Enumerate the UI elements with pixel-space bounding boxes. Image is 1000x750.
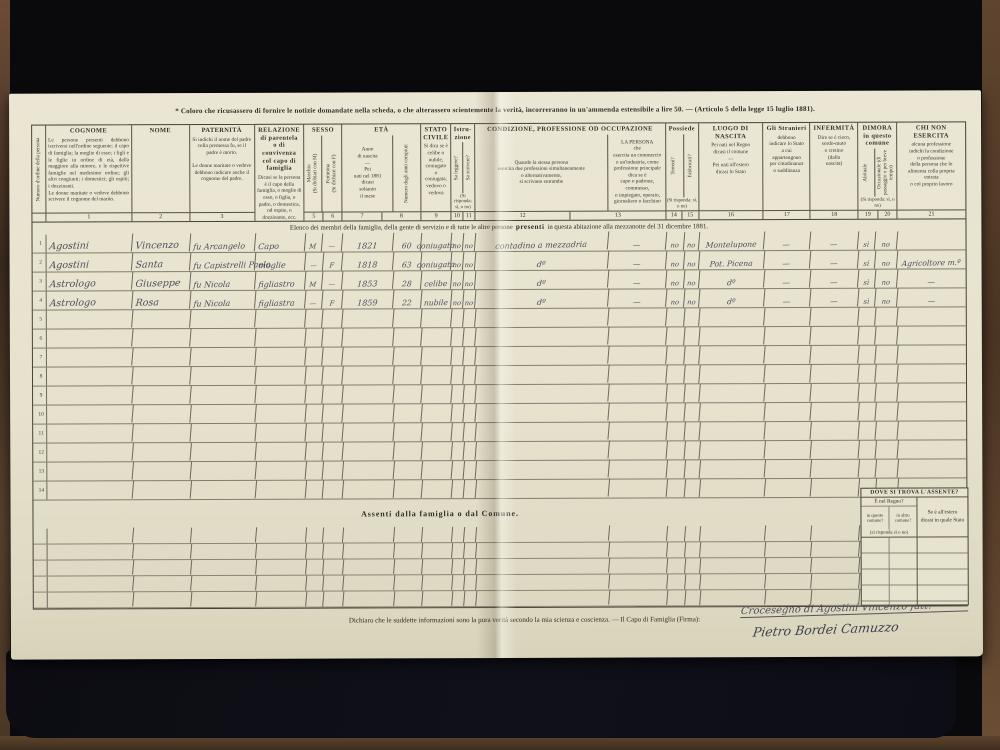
cell-cognome (46, 367, 133, 387)
cell-luogo-nascita (699, 459, 765, 478)
cell-anno-nascita: 1818 (342, 252, 394, 271)
cell-stato-civile (421, 366, 452, 385)
cell-luogo-nascita: Montelupone (698, 231, 764, 250)
dark-blotter-under-sheet (6, 650, 956, 738)
cell-luogo-nascita (699, 402, 765, 421)
cell-cognome: Agostini (46, 253, 133, 273)
cell-la-persona (609, 574, 668, 590)
cell-luogo-nascita (699, 326, 765, 345)
cell-dimora-abituale: sì (858, 270, 876, 288)
cell-stranieri (764, 364, 812, 383)
cell-paternita (190, 480, 256, 499)
cell-cognome (47, 544, 134, 561)
cell-anni-compiuti (394, 543, 423, 559)
cell-fabbricati (684, 308, 700, 326)
cell-terreni: no (666, 289, 685, 307)
cell-la-persona: — (608, 251, 667, 270)
cell-anno-nascita (343, 366, 395, 385)
cell-la-persona: — (608, 232, 667, 251)
cell-dimora-abituale (859, 460, 877, 478)
col-header-luogo-nascita: LUOGO DI NASCITA Pei nati nel Regno dica… (699, 123, 764, 219)
cell-dimora-occasionale (875, 307, 898, 325)
cell-femmina (322, 309, 343, 327)
estero-label: Se è all'estero dicasi in quale Stato (917, 497, 967, 536)
cell-anni-compiuti (394, 442, 423, 461)
col-header-possiede: Possiede Terreni? Fabbricati? (Si rispon… (666, 123, 699, 219)
cell-relazione (255, 404, 306, 423)
cell-relazione (255, 385, 306, 404)
cell-fabbricati (684, 460, 700, 478)
cell-femmina (323, 366, 344, 384)
eta-anno-label: Anno di nascita — Pei nati nel 1881 dica… (354, 147, 382, 200)
cell-infermita (811, 383, 860, 402)
assenti-caption: Assenti dalla famiglia o dal Comune. (361, 508, 519, 518)
cell-paternita (191, 559, 257, 575)
cell-condizione: contadino a mezzadria (475, 231, 609, 252)
cell-dimora-abituale (859, 384, 877, 402)
cell-anni-compiuti (394, 480, 423, 499)
cell-luogo-nascita (700, 557, 766, 573)
cell-nome (132, 405, 191, 424)
cell-la-persona (609, 590, 668, 606)
cell-chi-non-esercita (898, 421, 967, 440)
cell-numero: 13 (33, 463, 47, 481)
cell-condizione (475, 402, 609, 423)
cell-la-persona (608, 365, 667, 384)
cell-anno-nascita (343, 575, 395, 591)
cell-paternita (190, 461, 256, 480)
cell-la-persona (608, 346, 667, 365)
in-altro-comune-label: in altro comune? (889, 507, 916, 530)
cell-relazione (255, 347, 306, 366)
cell-la-persona (608, 308, 667, 327)
cell-paternita: fu Capistrelli Paolo (189, 252, 256, 271)
cell-stranieri (763, 307, 811, 326)
cell-numero: 5 (33, 311, 47, 329)
cell-anni-compiuti (394, 423, 423, 442)
cell-chi-non-esercita (897, 364, 966, 383)
cell-stranieri (764, 525, 812, 541)
cell-luogo-nascita (699, 478, 765, 497)
cell-maschio (305, 347, 324, 365)
cell-cognome (47, 528, 134, 545)
col-header-nome: NOME 2 (132, 125, 190, 221)
cell-femmina (323, 385, 344, 403)
cell-maschio: — (304, 252, 323, 270)
cell-condizione: dº (475, 288, 609, 309)
cell-femmina (323, 559, 344, 574)
cell-femmina (323, 442, 344, 460)
cell-paternita: fu Nicola (190, 290, 256, 309)
cell-numero: 14 (33, 482, 47, 500)
cell-femmina: F (322, 252, 343, 270)
condizione-sub13-label: LA PERSONA che esercita un commercio o u… (613, 139, 661, 205)
cell-anno-nascita (343, 527, 395, 543)
col-header-stato-civile: STATO CIVILE Si dica se è celibe o nubil… (421, 124, 451, 220)
col-header-cognome: COGNOME Le persone presenti debbono iscr… (46, 125, 132, 221)
cell-stranieri (764, 557, 812, 573)
cell-infermita (811, 364, 860, 383)
cell-anni-compiuti (394, 575, 423, 591)
cell-nome (132, 310, 191, 329)
cell-anno-nascita (343, 461, 395, 480)
cell-terreni (667, 542, 686, 557)
cell-fabbricati (685, 590, 701, 605)
cell-maschio (305, 328, 324, 346)
cell-terreni: no (666, 270, 685, 288)
cell-anni-compiuti (394, 527, 423, 543)
dove-empty-rows (862, 537, 968, 604)
cell-luogo-nascita (700, 573, 766, 589)
abituale-label: Abituale (864, 164, 870, 182)
cell-femmina (324, 591, 345, 606)
cell-femmina (323, 404, 344, 422)
cell-paternita: fu Nicola (190, 271, 256, 290)
cell-condizione (476, 440, 610, 461)
census-sheet-1881: * Coloro che ricusassero di fornire le n… (9, 90, 983, 659)
cell-condizione (475, 345, 609, 366)
cell-dimora-occasionale (875, 383, 898, 401)
sesso-femmina-label: Femmina (Si dichiari con F) (327, 154, 339, 192)
cell-la-persona (608, 422, 667, 441)
dove-si-trova-box: DOVE SI TROVA L'ASSENTE? È nel Regno? in… (860, 487, 968, 605)
cell-dimora-abituale: sì (858, 251, 876, 269)
cell-la-persona (608, 460, 667, 479)
cell-chi-non-esercita (898, 459, 967, 478)
cell-cognome (47, 560, 134, 577)
cell-terreni (666, 384, 685, 402)
cell-luogo-nascita (699, 364, 765, 383)
cell-infermita (811, 525, 860, 541)
cell-luogo-nascita: dº (699, 288, 765, 307)
cell-infermita (810, 326, 859, 345)
col-header-relazione: RELAZIONE di parentela o di convivenza c… (255, 125, 305, 221)
cell-nome (132, 481, 191, 500)
sa-leggere-label: Sa leggere? (454, 156, 460, 180)
cell-nome: Santa (132, 253, 191, 272)
cell-condizione (476, 541, 610, 559)
cell-dimora-occasionale (876, 440, 899, 458)
cell-stranieri (764, 440, 812, 459)
cell-maschio (305, 480, 324, 498)
cell-paternita (191, 591, 257, 607)
cell-anno-nascita: 1859 (342, 290, 394, 309)
col-header-numero: Numero d'ordine della persona (32, 126, 46, 222)
cell-stranieri: — (763, 288, 811, 307)
cell-cognome (46, 348, 133, 368)
cell-cognome: Astrologo (46, 272, 133, 292)
cell-nome (133, 592, 192, 608)
assenti-band: Assenti dalla famiglia o dal Comune. (33, 497, 966, 528)
cell-condizione (475, 307, 609, 328)
cell-stato-civile (422, 442, 453, 461)
cell-stranieri (764, 345, 812, 364)
cell-maschio (305, 385, 324, 403)
cell-chi-non-esercita: — (897, 269, 966, 288)
cell-infermita (810, 307, 859, 326)
cell-chi-non-esercita: Agricoltore m.º (897, 250, 966, 269)
cell-relazione (256, 543, 307, 559)
cell-la-persona (609, 558, 668, 574)
cell-cognome (46, 329, 133, 349)
cell-dimora-occasionale (876, 402, 899, 420)
cell-dimora-occasionale (875, 345, 898, 363)
cell-nome (133, 560, 192, 576)
cell-luogo-nascita (700, 541, 766, 557)
cell-stranieri: — (763, 231, 811, 250)
fabbricati-label: Fabbricati? (688, 154, 694, 177)
col-header-infermita: INFERMITÀ Dire se è cieco, sordo-muto o … (810, 123, 858, 219)
cell-fabbricati: no (684, 251, 700, 269)
photo-of-census-sheet: * Coloro che ricusassero di fornire le n… (0, 0, 1000, 750)
cell-maschio (306, 575, 325, 590)
cell-terreni (666, 327, 685, 345)
cell-fabbricati (685, 526, 701, 541)
cell-luogo-nascita (699, 421, 765, 440)
cell-dimora-occasionale: no (875, 288, 898, 306)
cell-dimora-occasionale: no (875, 269, 898, 287)
cell-maschio: M (304, 271, 323, 289)
cell-terreni (667, 590, 686, 605)
cell-condizione (476, 557, 610, 575)
cell-relazione (255, 527, 306, 543)
cell-nome (133, 528, 192, 544)
cell-condizione (475, 364, 609, 385)
cell-anni-compiuti (394, 385, 423, 404)
cell-la-persona: — (608, 270, 667, 289)
cell-condizione (476, 421, 610, 442)
wood-table-edge-right (982, 0, 1000, 750)
cell-terreni (667, 574, 686, 589)
col-header-paternita: PATERNITÀ Si indichi il nome del padre c… (190, 125, 255, 221)
cell-maschio: — (304, 290, 323, 308)
cell-cognome (47, 576, 134, 593)
cell-paternita (190, 442, 256, 461)
cell-numero: 12 (33, 444, 47, 462)
cell-maschio (305, 543, 324, 558)
cell-maschio (305, 404, 324, 422)
cell-stato-civile: celibe (421, 271, 452, 290)
cell-stato-civile (421, 385, 452, 404)
cell-terreni: no (666, 251, 685, 269)
sesso-maschio-label: Maschio (Si dichiari con M) (307, 154, 319, 194)
cell-fabbricati (684, 422, 700, 440)
cell-fabbricati: no (683, 232, 699, 250)
in-questo-comune-label: in questo comune? (861, 507, 889, 530)
cell-numero: 7 (33, 349, 47, 367)
cell-numero (34, 561, 48, 576)
cell-luogo-nascita: Pot. Picena (698, 250, 764, 269)
cell-numero: 10 (33, 406, 47, 424)
cell-dimora-abituale: sì (858, 289, 876, 307)
cell-stato-civile (422, 527, 453, 543)
terreni-label: Terreni? (671, 157, 677, 174)
cell-terreni (666, 346, 685, 364)
col-header-stranieri: Gli Stranieri debbono indicare lo Stato … (764, 123, 811, 219)
cell-femmina (323, 575, 344, 590)
cell-stranieri (764, 402, 812, 421)
cell-anno-nascita (343, 442, 395, 461)
cell-stato-civile (422, 404, 453, 423)
cell-la-persona (608, 384, 667, 403)
elenco-presenti: presenti (516, 223, 545, 231)
cell-anni-compiuti (394, 591, 423, 607)
present-members-rows: 1 Agostini Vincenzo fu Arcangelo Capo M … (33, 231, 967, 500)
cell-paternita (191, 575, 257, 591)
cell-anno-nascita (342, 328, 394, 347)
cell-anni-compiuti (393, 328, 422, 347)
col-header-condizione: CONDIZIONE, PROFESSIONE OD OCCUPAZIONE Q… (475, 123, 666, 220)
cell-condizione (475, 383, 609, 404)
cell-condizione (476, 573, 610, 591)
cell-infermita (811, 573, 860, 589)
cell-nome (132, 424, 191, 443)
cell-numero: 11 (33, 425, 47, 443)
cell-chi-non-esercita (897, 345, 966, 364)
cell-numero: 2 (33, 254, 47, 272)
cell-stato-civile: nubile (421, 290, 452, 309)
cell-stato-civile (422, 591, 453, 607)
cell-condizione: dº (475, 269, 609, 290)
cell-nome (132, 348, 191, 367)
cell-anno-nascita (343, 385, 395, 404)
cell-cognome (46, 386, 133, 406)
cell-femmina (323, 328, 344, 346)
cell-cognome: Agostini (46, 234, 133, 254)
cell-relazione (255, 366, 306, 385)
cell-paternita (191, 543, 257, 559)
cell-dimora-occasionale: no (875, 231, 898, 249)
cell-femmina: — (322, 233, 343, 251)
cell-paternita (190, 366, 256, 385)
cell-numero (34, 545, 48, 560)
cell-stato-civile (422, 461, 453, 480)
cell-anni-compiuti (393, 347, 422, 366)
cell-infermita: — (810, 231, 859, 250)
cell-terreni (667, 526, 686, 541)
cell-fabbricati (684, 441, 700, 459)
cell-nome: Giuseppe (132, 272, 191, 291)
cell-anni-compiuti (394, 559, 423, 575)
cell-anni-compiuti (394, 404, 423, 423)
cell-chi-non-esercita (898, 440, 967, 459)
cell-maschio (305, 423, 324, 441)
cell-anni-compiuti: 22 (393, 290, 422, 309)
cell-condizione (476, 525, 610, 543)
cell-dimora-abituale (859, 403, 877, 421)
eta-anni-label: Numero degli anni compiuti (405, 144, 411, 203)
cell-luogo-nascita: dº (698, 269, 764, 288)
cell-terreni (666, 479, 685, 497)
cell-relazione (256, 591, 307, 607)
cell-maschio (305, 527, 324, 542)
cell-anni-compiuti (394, 461, 423, 480)
cell-stato-civile (422, 575, 453, 591)
cell-relazione (256, 559, 307, 575)
cell-anno-nascita: 1853 (342, 271, 394, 290)
cell-femmina (323, 347, 344, 365)
cell-infermita (810, 345, 859, 364)
col-header-eta: ETÀ Anno di nascita — Pei nati nel 1881 … (342, 124, 421, 220)
cell-anno-nascita (343, 480, 395, 499)
dove-title: DOVE SI TROVA L'ASSENTE? (861, 488, 967, 497)
cell-fabbricati: no (684, 289, 700, 307)
cell-stranieri (764, 421, 812, 440)
cell-anno-nascita (343, 559, 395, 575)
cell-fabbricati (684, 384, 700, 402)
witness-signature: Pietro Bordei Camuzzo (752, 619, 900, 640)
cell-stranieri (764, 383, 812, 402)
cell-stato-civile (422, 543, 453, 559)
census-table: Numero d'ordine della persona COGNOME Le… (31, 121, 968, 609)
cell-luogo-nascita (699, 345, 765, 364)
cell-numero: 9 (33, 387, 47, 405)
cell-dimora-occasionale (876, 459, 899, 477)
cell-paternita (191, 527, 257, 543)
sa-scrivere-label: Sa scrivere? (466, 155, 472, 180)
cell-numero: 3 (33, 273, 47, 291)
cell-numero: 8 (33, 368, 47, 386)
cell-anno-nascita (342, 309, 394, 328)
cell-stranieri (765, 589, 813, 605)
cell-fabbricati (684, 365, 700, 383)
cell-cognome (46, 424, 133, 444)
cell-relazione (255, 442, 306, 461)
cell-terreni (666, 365, 685, 383)
cell-femmina: — (322, 271, 343, 289)
cell-stato-civile (421, 328, 452, 347)
cell-cognome: Astrologo (46, 291, 133, 311)
cell-anno-nascita (343, 423, 395, 442)
cell-nome (132, 462, 191, 481)
cell-relazione (255, 328, 306, 347)
cell-condizione (476, 459, 610, 480)
condizione-sub12-label: Quando la stessa persona esercita due pr… (498, 159, 585, 186)
cell-relazione (255, 309, 306, 328)
cell-paternita (190, 404, 256, 423)
cell-cognome (46, 310, 133, 330)
cell-fabbricati (685, 574, 701, 589)
cell-relazione: figliastra (255, 290, 306, 309)
cell-dimora-abituale (858, 365, 876, 383)
cell-nome (133, 544, 192, 560)
cell-infermita (811, 421, 860, 440)
cell-paternita: fu Arcangelo (189, 233, 255, 252)
cell-maschio (306, 591, 325, 606)
cell-femmina: F (322, 290, 343, 308)
cell-fabbricati (684, 403, 700, 421)
cell-chi-non-esercita (898, 402, 967, 421)
cell-fabbricati: no (684, 270, 700, 288)
cell-stato-civile: coniugata (421, 252, 453, 271)
declaration-line: Dichiaro che le suddette informazioni so… (349, 615, 700, 624)
cell-condizione (476, 478, 610, 499)
cell-paternita (190, 328, 256, 347)
cell-la-persona (609, 542, 668, 558)
cell-stato-civile (421, 347, 452, 366)
cell-stranieri: — (763, 269, 811, 288)
cell-anno-nascita (343, 591, 395, 607)
cell-maschio (305, 461, 324, 479)
cell-anno-nascita (343, 347, 395, 366)
cell-femmina (323, 527, 344, 542)
cell-la-persona: — (608, 289, 667, 308)
cell-terreni: no (665, 232, 684, 250)
cell-fabbricati (685, 558, 701, 573)
cell-maschio (305, 559, 324, 574)
cell-femmina (323, 423, 344, 441)
cell-chi-non-esercita (897, 326, 966, 345)
